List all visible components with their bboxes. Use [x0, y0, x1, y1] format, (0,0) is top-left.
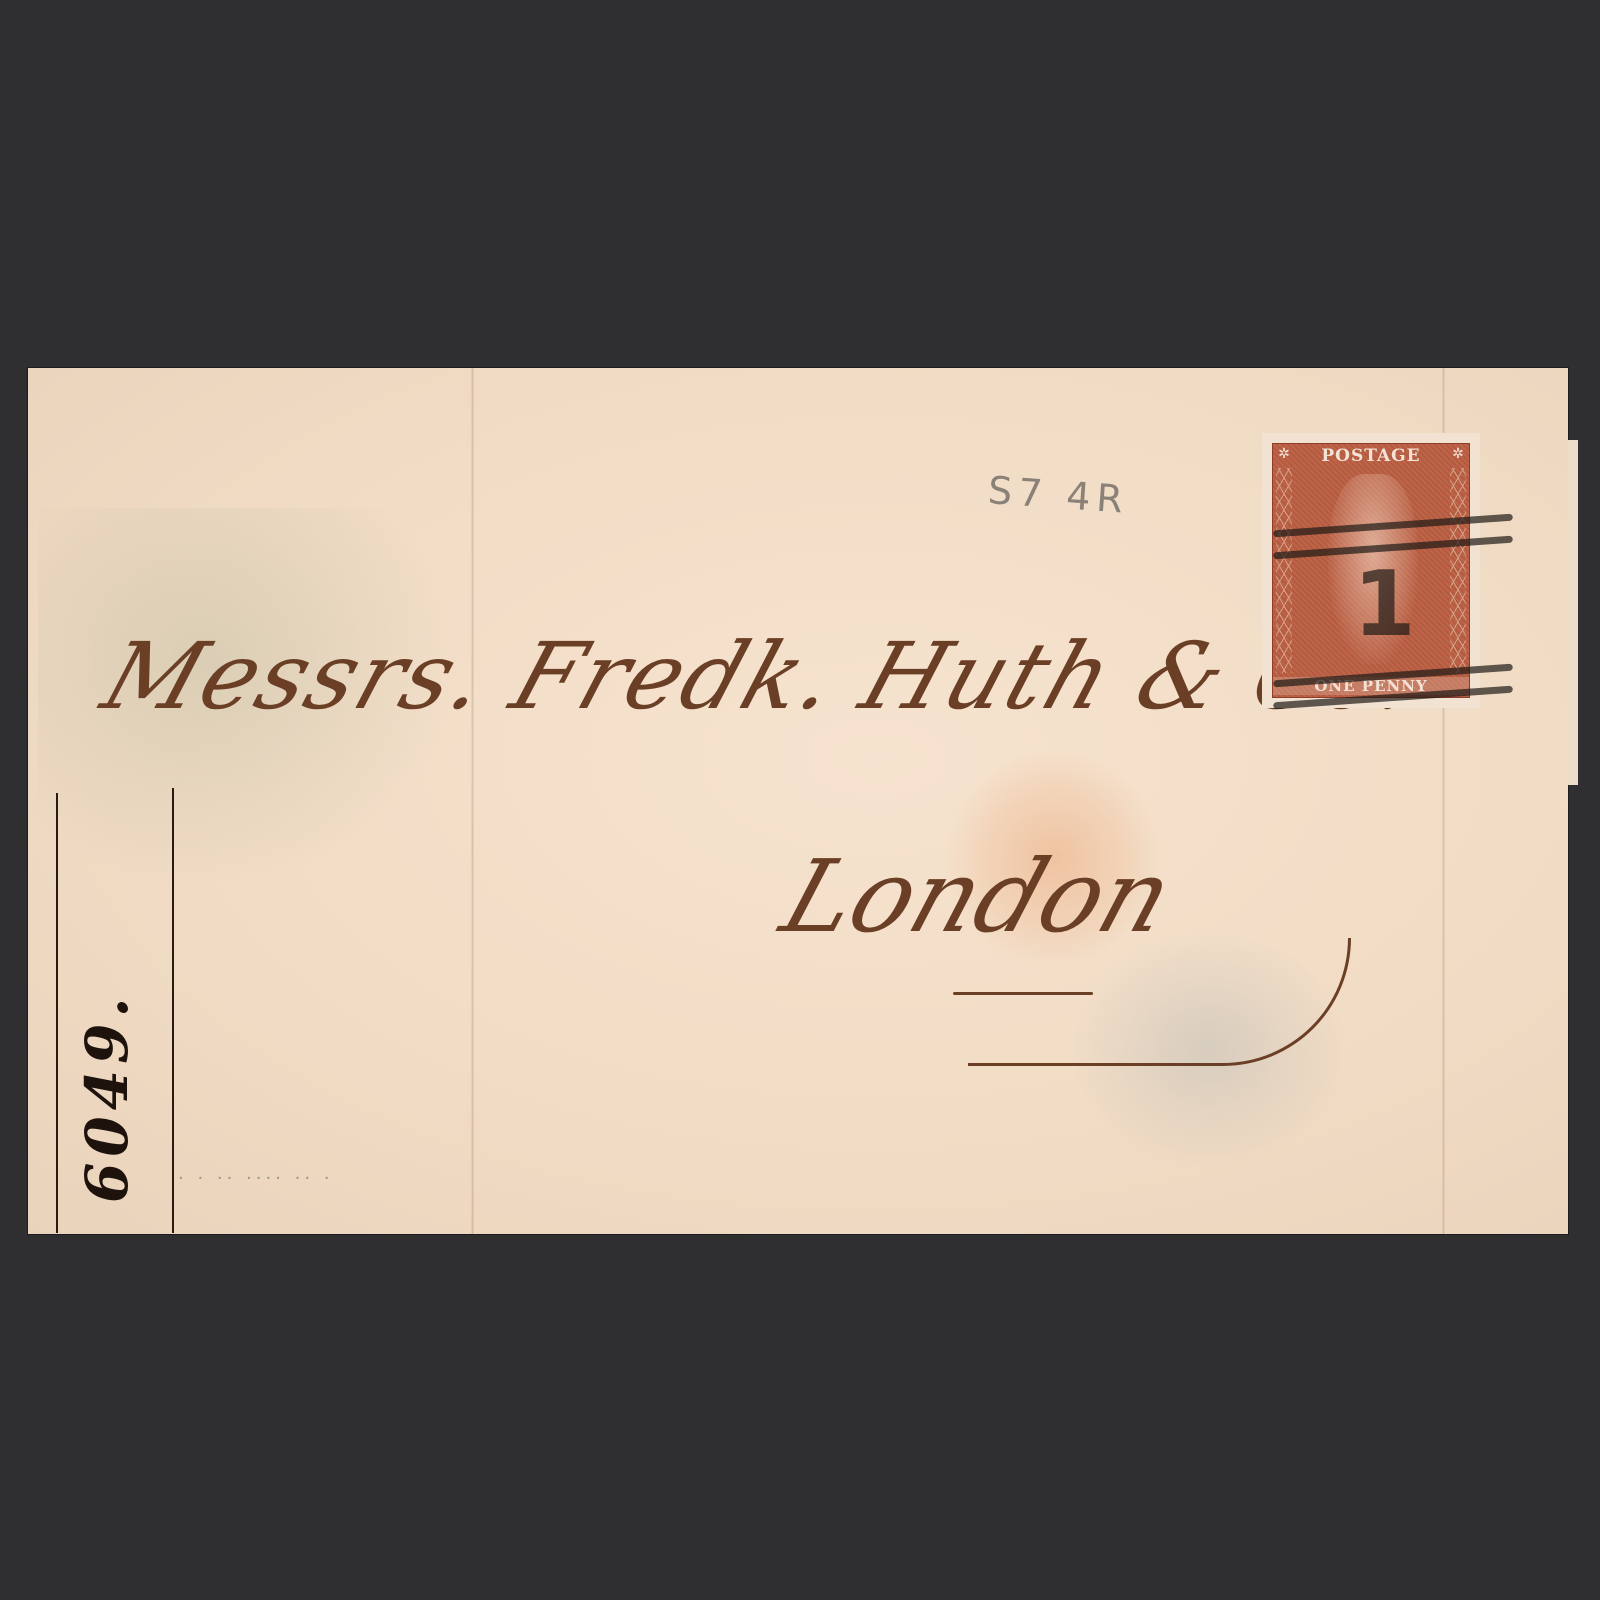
- cancel-bar: [1273, 664, 1513, 688]
- address-addressee: Messrs. Fredk. Huth & Co.: [91, 623, 1433, 730]
- cover-flap: [1568, 440, 1578, 785]
- cancel-bar: [1273, 514, 1513, 538]
- docket-box-line: [56, 793, 58, 1233]
- docket-number: 6049.: [73, 823, 143, 1203]
- docket-box-line: [172, 788, 174, 1233]
- stamp-top-label: POSTAGE: [1273, 446, 1469, 466]
- pencil-note: S7 4R: [987, 468, 1131, 522]
- numeral-cancel: 1: [1258, 482, 1528, 722]
- fold-line: [471, 368, 474, 1234]
- cancel-number: 1: [1353, 552, 1416, 657]
- green-offset-marks: · · ·· ···· ·· ·: [178, 1168, 334, 1189]
